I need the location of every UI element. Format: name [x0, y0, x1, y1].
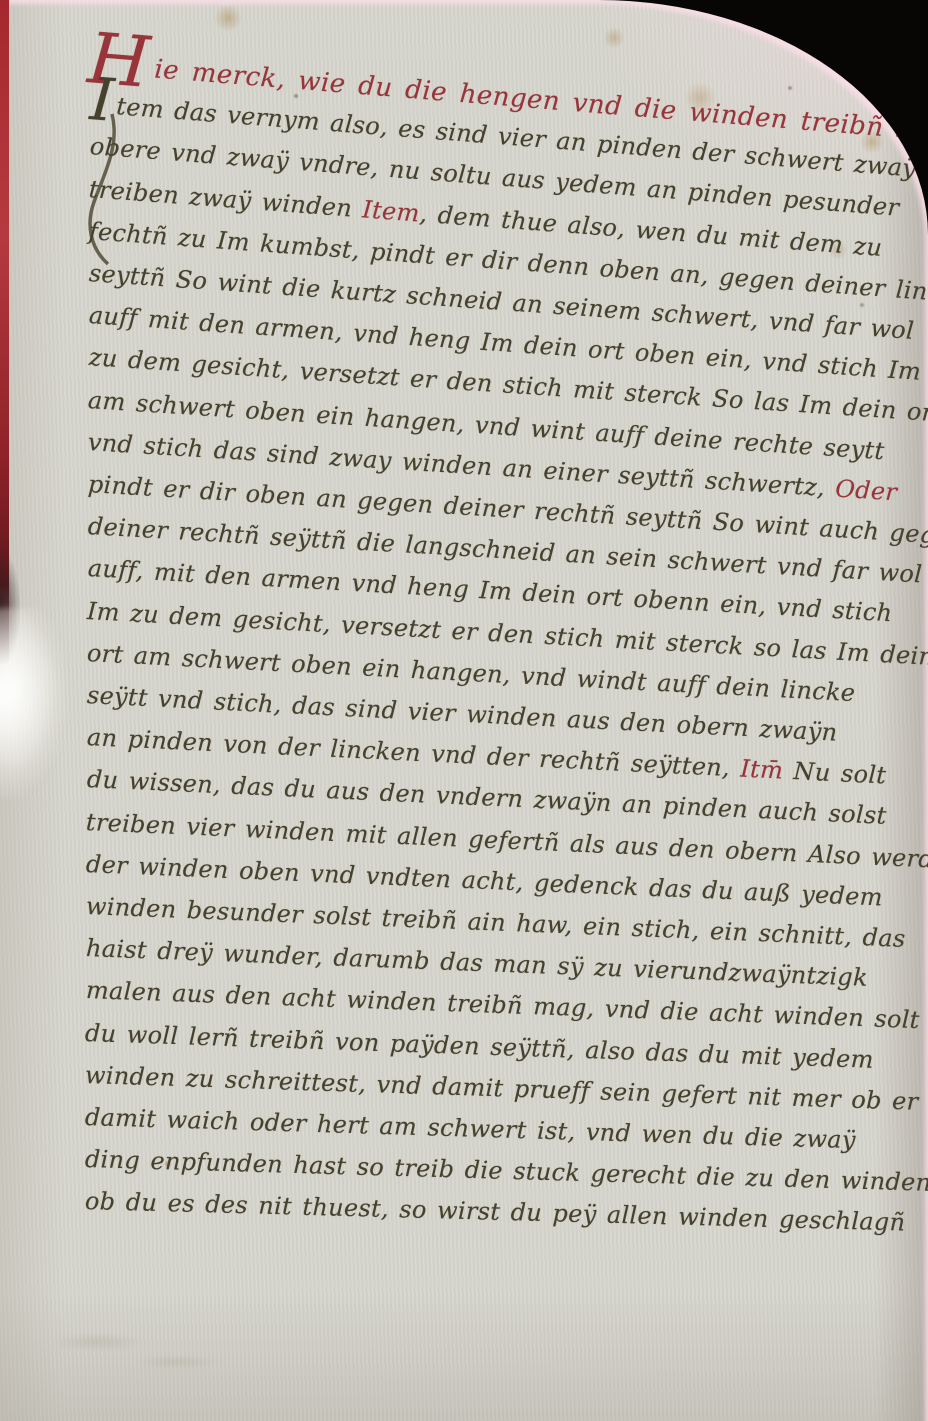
initial-letter: I — [90, 99, 113, 101]
manuscript-text-block: Hie merck, wie du die hengen vnd die win… — [0, 0, 928, 1421]
text-segment: Item — [362, 195, 421, 227]
text-segment: Nu solt — [782, 757, 886, 790]
text-segment: ob du es des nit thuest, so wirst du peÿ… — [84, 1187, 905, 1236]
manuscript-line: ob du es des nit thuest, so wirst du peÿ… — [84, 1187, 905, 1236]
manuscript-line: damit waich oder hert am schwert ist, vn… — [85, 1103, 857, 1154]
manuscript-photo: { "colors": { "red_ink": "#97353a", "bro… — [0, 0, 928, 1421]
text-segment: damit waich oder hert am schwert ist, vn… — [85, 1103, 857, 1154]
text-segment: treiben zwaÿ winden — [88, 175, 363, 223]
parchment-page: Hie merck, wie du die hengen vnd die win… — [0, 0, 928, 1421]
text-segment: Oder — [835, 474, 899, 506]
initial-letter: H — [88, 58, 150, 63]
text-segment: Itm̄ — [740, 755, 784, 785]
